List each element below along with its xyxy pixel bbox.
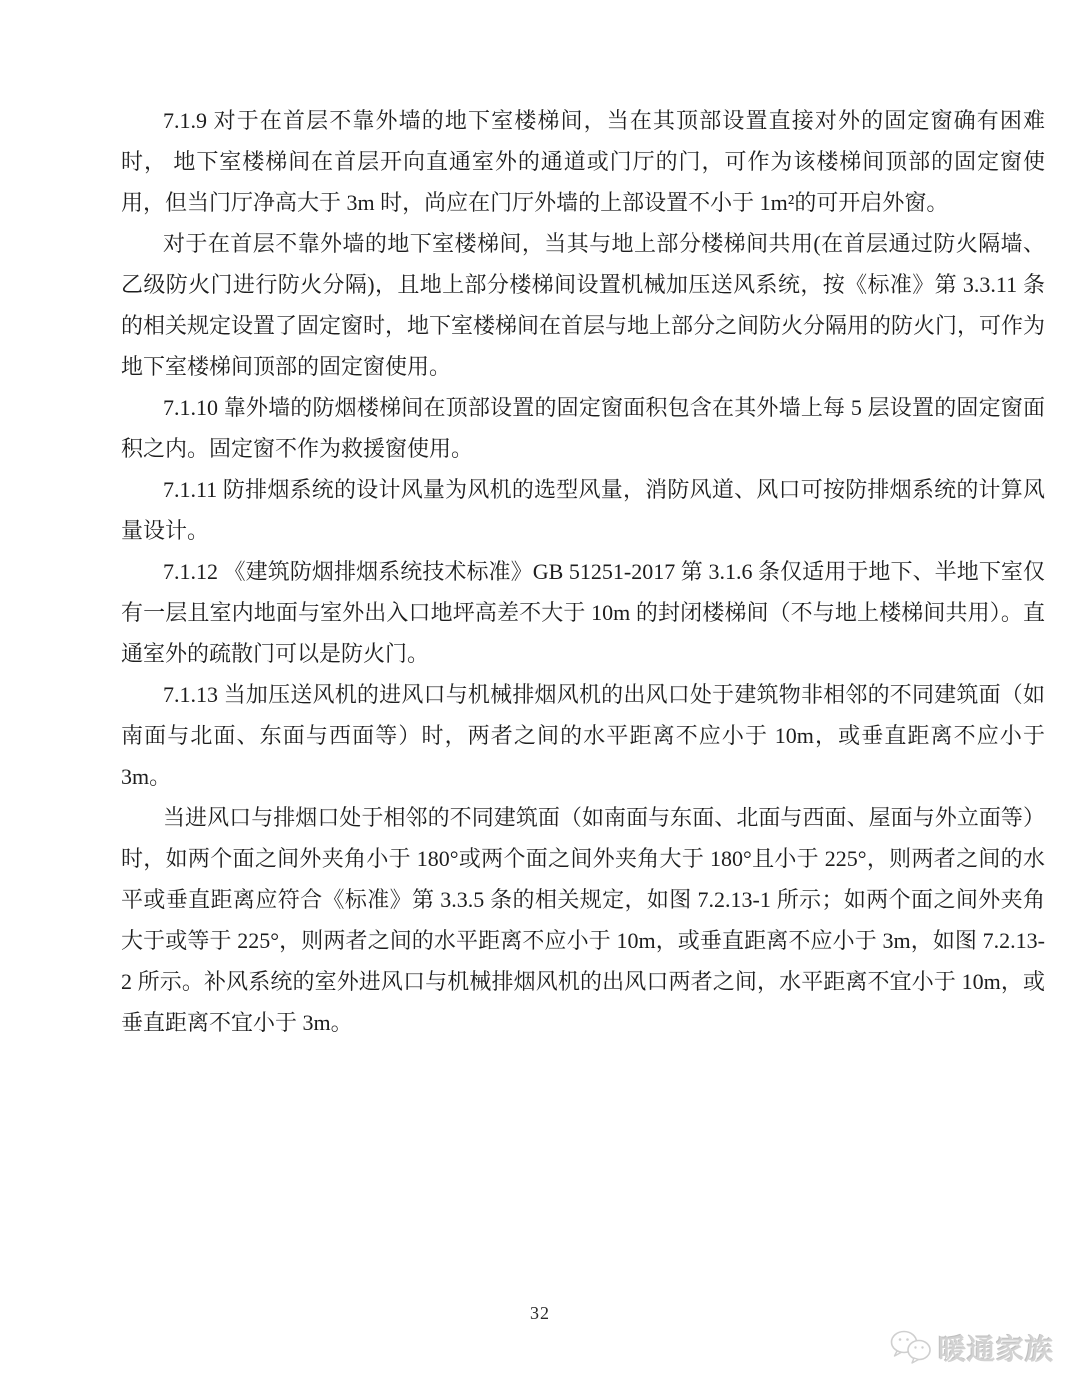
- para-7-1-9-continued: 对于在首层不靠外墙的地下室楼梯间，当其与地上部分楼梯间共用(在首层通过防火隔墙、…: [121, 223, 1045, 387]
- page-number: 32: [0, 1303, 1080, 1324]
- para-7-1-13-continued: 当进风口与排烟口处于相邻的不同建筑面（如南面与东面、北面与西面、屋面与外立面等）…: [121, 797, 1045, 1043]
- document-body: 7.1.9 对于在首层不靠外墙的地下室楼梯间，当在其顶部设置直接对外的固定窗确有…: [121, 100, 1045, 1043]
- para-7-1-9: 7.1.9 对于在首层不靠外墙的地下室楼梯间，当在其顶部设置直接对外的固定窗确有…: [121, 100, 1045, 223]
- wechat-icon: [889, 1329, 933, 1367]
- para-7-1-13: 7.1.13 当加压送风机的进风口与机械排烟风机的出风口处于建筑物非相邻的不同建…: [121, 674, 1045, 797]
- para-7-1-10: 7.1.10 靠外墙的防烟楼梯间在顶部设置的固定窗面积包含在其外墙上每 5 层设…: [121, 387, 1045, 469]
- watermark: 暖通家族: [889, 1328, 1054, 1368]
- para-7-1-11: 7.1.11 防排烟系统的设计风量为风机的选型风量，消防风道、风口可按防排烟系统…: [121, 469, 1045, 551]
- watermark-label: 暖通家族: [938, 1328, 1054, 1368]
- para-7-1-12: 7.1.12 《建筑防烟排烟系统技术标准》GB 51251-2017 第 3.1…: [121, 551, 1045, 674]
- document-page: 7.1.9 对于在首层不靠外墙的地下室楼梯间，当在其顶部设置直接对外的固定窗确有…: [0, 0, 1080, 1398]
